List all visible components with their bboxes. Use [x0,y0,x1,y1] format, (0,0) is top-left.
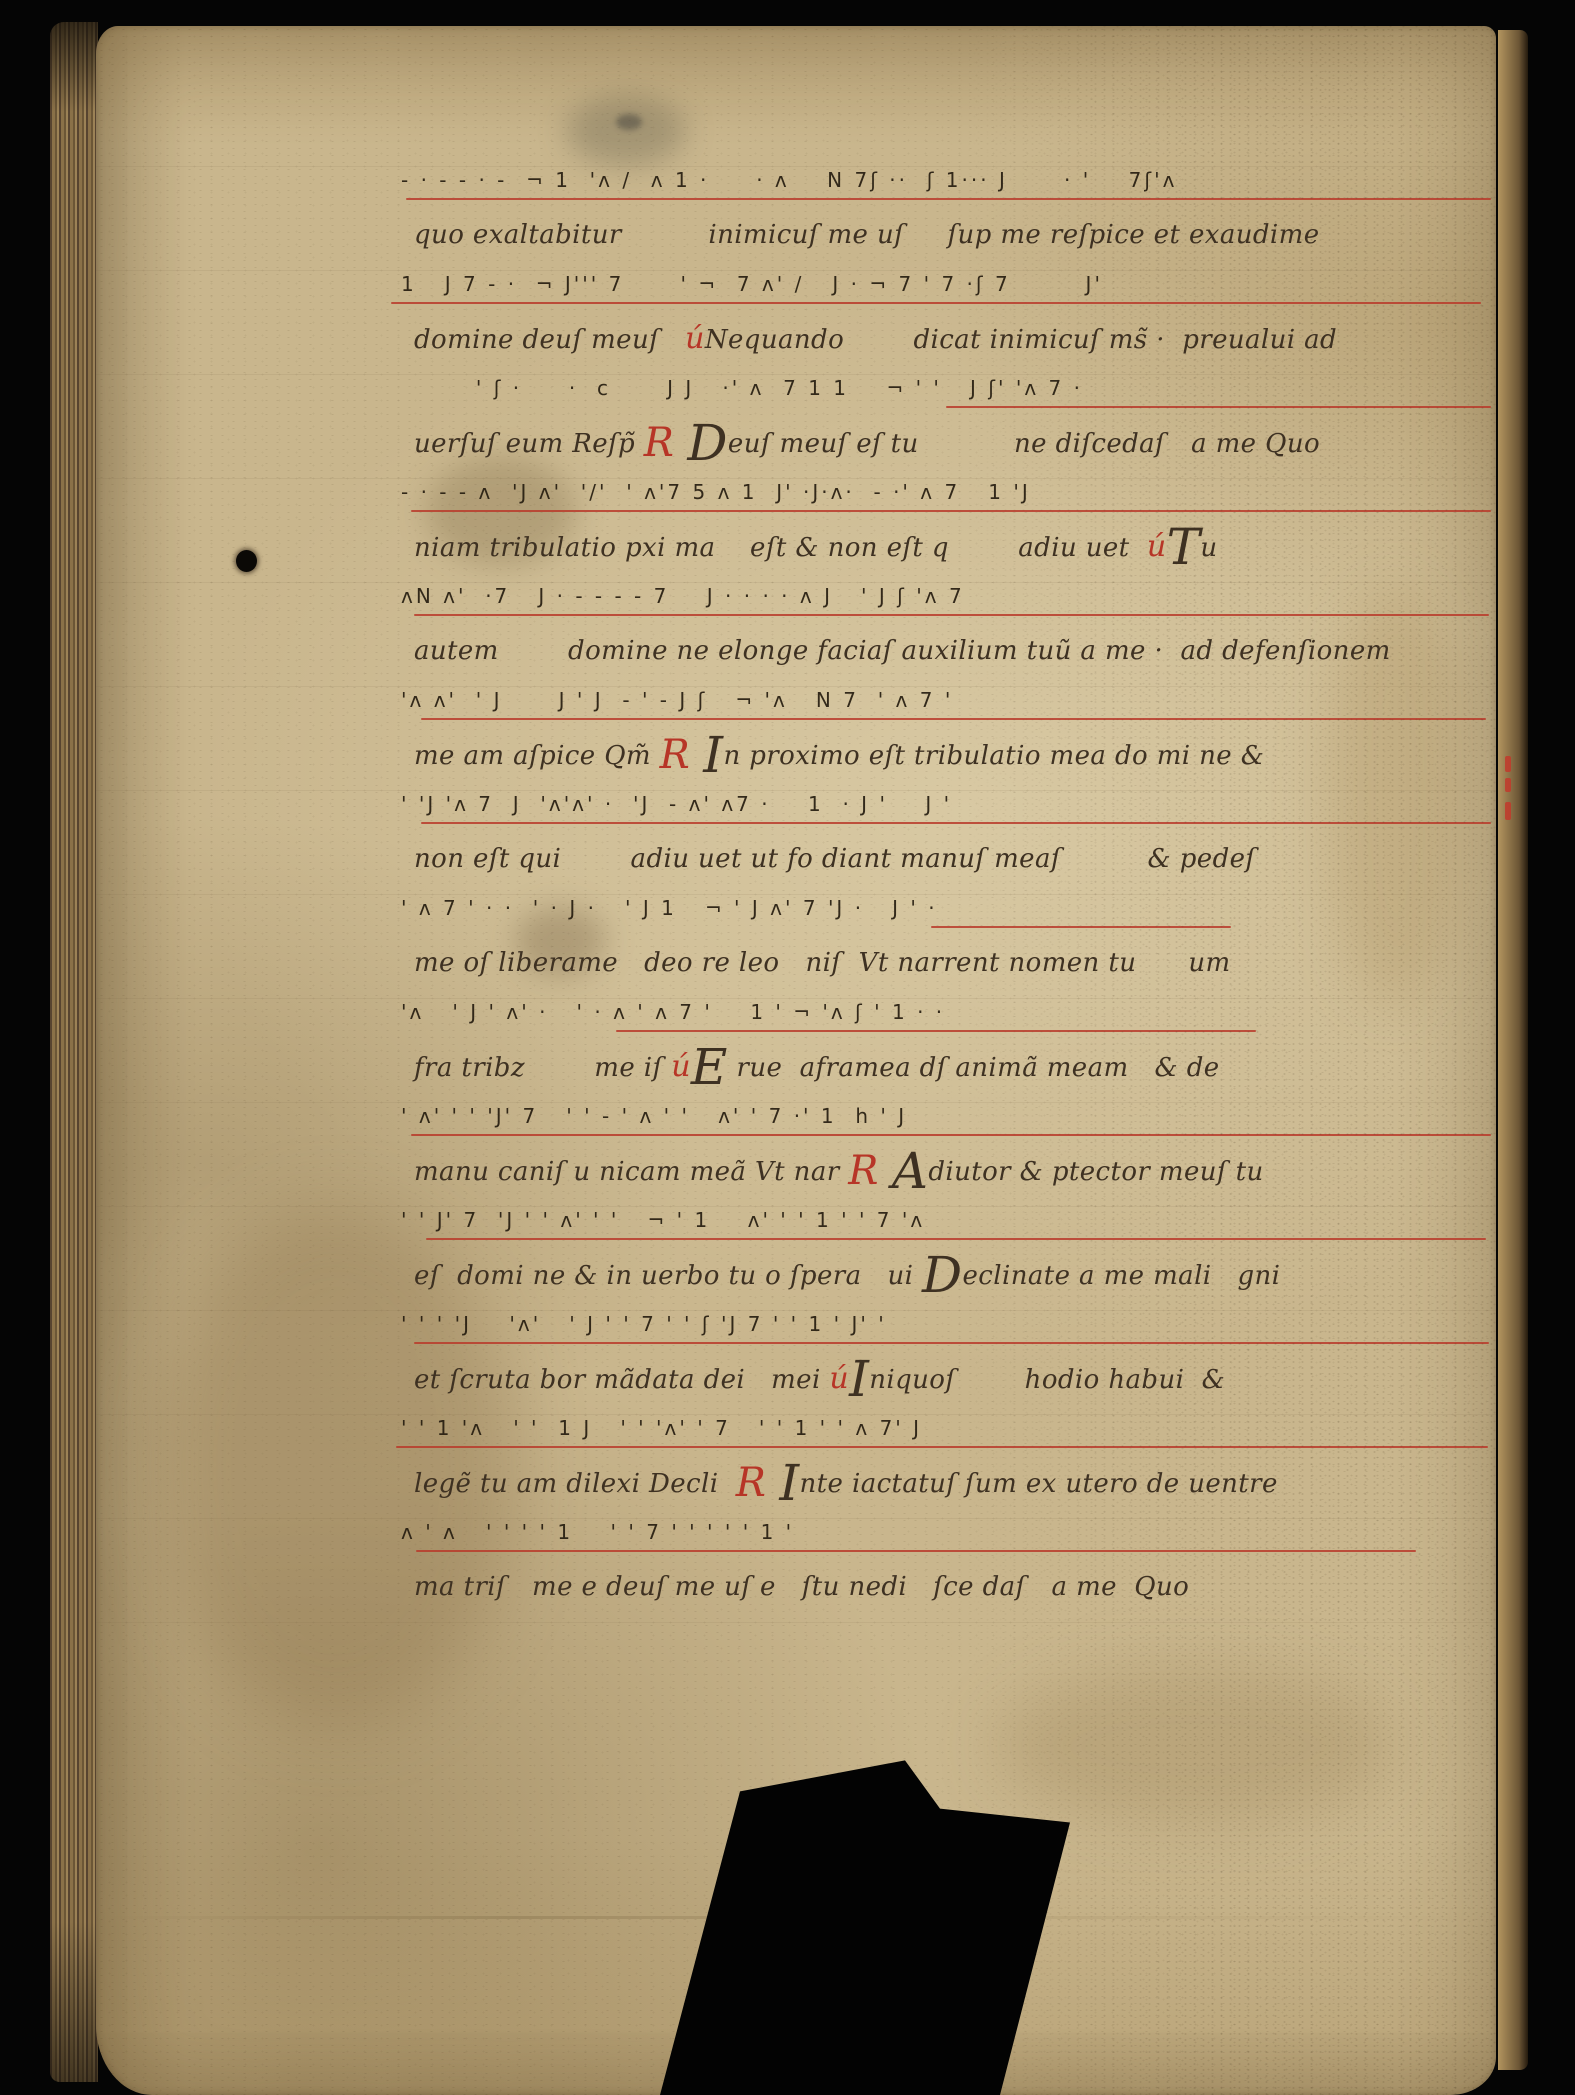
lyric-line: me am aſpice Qm̃ R In proximo eſt tribul… [414,738,1264,773]
lyric-segment: u [1200,533,1217,563]
staff-line [421,822,1491,824]
staff-line [421,718,1486,720]
lyric-segment: A [892,1142,929,1200]
neume-row: ' 'J 'ʌ 7 J 'ʌ'ʌ' · 'J - ʌ' ʌ7 · 1 · J '… [401,792,952,816]
neume-row: ' ' ' 'J 'ʌ' ' J ' ' 7 ' ' ʃ 'J 7 ' ' 1 … [401,1312,887,1336]
fore-edge-red-mark [1505,802,1511,820]
chant-line: ' 'J 'ʌ 7 J 'ʌ'ʌ' · 'J - ʌ' ʌ7 · 1 · J '… [96,786,1496,890]
lyric-line: domine deuſ meuſ úNequando dicat inimicu… [414,322,1337,357]
lyric-line: quo exaltabitur inimicuſ me uſ ſup me re… [414,218,1319,252]
staff-line [411,510,1491,512]
neume-row: 1 J 7 - · ¬ J''' 7 ' ¬ 7 ʌ' / J · ¬ 7 ' … [401,272,1103,296]
lyric-segment: et ſcruta bor mãdata dei mei [414,1365,829,1395]
lyric-line: non eſt qui adiu uet ut fo diant manuſ m… [414,842,1255,876]
lyric-segment: uerſuſ eum Reſp̃ [414,429,644,459]
rubric-segment: ú [829,1361,849,1396]
punch-hole [236,550,257,572]
staff-line [391,302,1481,304]
lyric-segment: niam tribulatio pxi ma eſt & non eſt q a… [414,533,1147,563]
book-page-edges-left [50,22,98,2082]
neume-row: ' ʃ · · c J J ·' ʌ 7 1 1 ¬ ' ' J ʃ' 'ʌ 7… [401,376,1083,400]
staff-line [426,1238,1486,1240]
rubric-segment: R [660,732,704,778]
lyric-line: me oſ liberame deo re leo niſ Vt narrent… [414,946,1231,980]
chant-text-block: - · - - · - ¬ 1 'ʌ / ʌ 1 · · ʌ N 7ʃ ·· ʃ… [96,162,1496,1618]
neume-row: - · - - ʌ 'J ʌ' '/' ' ʌ'7 5 ʌ 1 J' ·J·ʌ·… [401,480,1031,504]
lyric-line: uerſuſ eum Reſp̃ R Deuſ meuſ eſ tu ne di… [414,426,1320,461]
chant-line: ʌN ʌ' ·7 J · - - - - 7 J · · · · ʌ J ' J… [96,578,1496,682]
staff-line [946,406,1491,408]
lyric-segment: n proximo eſt tribulatio mea do mi ne & [723,741,1264,771]
rubric-segment: ú [685,321,705,356]
neume-row: ʌN ʌ' ·7 J · - - - - 7 J · · · · ʌ J ' J… [401,584,965,608]
lyric-segment: rue aframea dſ animã meam & de [728,1053,1220,1083]
staff-line [414,1342,1489,1344]
photograph-backdrop: - · - - · - ¬ 1 'ʌ / ʌ 1 · · ʌ N 7ʃ ·· ʃ… [0,0,1575,2095]
fore-edge-red-mark [1505,756,1511,772]
lyric-segment: eclinate a me mali gni [963,1261,1281,1291]
lyric-segment: diutor & ptector meuſ tu [928,1157,1263,1187]
neume-row: 'ʌ ʌ' ' J J ' J - ' - J ʃ ¬ 'ʌ N 7 ' ʌ 7… [401,688,953,712]
lyric-segment: non eſt qui adiu uet ut fo diant manuſ m… [414,844,1255,874]
chant-line: ' ' ' 'J 'ʌ' ' J ' ' 7 ' ' ʃ 'J 7 ' ' 1 … [96,1306,1496,1410]
chant-line: 'ʌ ʌ' ' J J ' J - ' - J ʃ ¬ 'ʌ N 7 ' ʌ 7… [96,682,1496,786]
ink-blot [616,114,642,130]
lyric-segment: me am aſpice Qm̃ [414,741,660,771]
lyric-segment: eſ domi ne & in uerbo tu o ſpera ui [414,1261,922,1291]
lyric-line: autem domine ne elonge faciaſ auxilium t… [414,634,1391,668]
lyric-line: ma triſ me e deuſ me uſ e ſtu nedi ſce d… [414,1570,1189,1604]
neume-row: ʌ ' ʌ ' ' ' ' 1 ' ' 7 ' ' ' ' ' 1 ' [401,1520,794,1544]
lyric-line: manu caniſ u nicam meã Vt nar R Adiutor … [414,1154,1264,1189]
parchment-stain [566,96,686,166]
rubric-segment: R [736,1460,780,1506]
staff-line [616,1030,1256,1032]
lyric-segment: D [922,1246,963,1304]
lyric-segment: legẽ tu am dilexi Decli [414,1469,736,1499]
rubric-segment: ú [1147,529,1167,564]
rubric-segment: ú [671,1049,691,1084]
lyric-segment: Nequando dicat inimicuſ ms̃ · preualui a… [705,325,1337,355]
lyric-segment: quo exaltabitur inimicuſ me uſ ſup me re… [414,220,1319,250]
staff-line [931,926,1231,928]
parchment-stain [996,1666,1396,1826]
lyric-segment: me oſ liberame deo re leo niſ Vt narrent… [414,948,1231,978]
lyric-line: eſ domi ne & in uerbo tu o ſpera ui Decl… [414,1258,1280,1293]
neume-row: 'ʌ ' J ' ʌ' · ' · ʌ ' ʌ 7 ' 1 ' ¬ 'ʌ ʃ '… [401,1000,945,1024]
rubric-segment: R [644,420,688,466]
fore-edge-red-mark [1505,778,1511,792]
lyric-segment: I [849,1350,869,1408]
rubric-segment: R [848,1148,892,1194]
lyric-segment: D [687,414,728,472]
lyric-segment: fra tribz me iſ [414,1053,671,1083]
lyric-segment: euſ meuſ eſ tu ne diſcedaſ a me Quo [728,429,1320,459]
staff-line [406,198,1491,200]
chant-line: ' ' 1 'ʌ ' ' 1 J ' ' 'ʌ' ' 7 ' ' 1 ' ' ʌ… [96,1410,1496,1514]
neume-row: - · - - · - ¬ 1 'ʌ / ʌ 1 · · ʌ N 7ʃ ·· ʃ… [401,168,1177,192]
staff-line [414,614,1489,616]
chant-line: ' ʃ · · c J J ·' ʌ 7 1 1 ¬ ' ' J ʃ' 'ʌ 7… [96,370,1496,474]
lyric-segment: autem domine ne elonge faciaſ auxilium t… [414,636,1391,666]
lyric-segment: I [703,726,723,784]
lyric-segment: nte iactatuſ ſum ex utero de uentre [800,1469,1278,1499]
lyric-segment: ma triſ me e deuſ me uſ e ſtu nedi ſce d… [414,1572,1189,1602]
lyric-segment: I [779,1454,799,1512]
chant-line: ' ' J' 7 'J ' ' ʌ' ' ' ¬ ' 1 ʌ' ' ' 1 ' … [96,1202,1496,1306]
chant-line: ' ʌ 7 ' · · ' · J · ' J 1 ¬ ' J ʌ' 7 'J … [96,890,1496,994]
lyric-line: legẽ tu am dilexi Decli R Inte iactatuſ … [414,1466,1278,1501]
lyric-segment: niquoſ hodio habui & [869,1365,1225,1395]
chant-line: - · - - ʌ 'J ʌ' '/' ' ʌ'7 5 ʌ 1 J' ·J·ʌ·… [96,474,1496,578]
staff-line [411,1134,1491,1136]
chant-line: - · - - · - ¬ 1 'ʌ / ʌ 1 · · ʌ N 7ʃ ·· ʃ… [96,162,1496,266]
chant-line: ' ʌ' ' ' 'J' 7 ' ' - ' ʌ ' ' ʌ' ' 7 ·' 1… [96,1098,1496,1202]
lyric-segment: E [691,1038,728,1096]
neume-row: ' ' 1 'ʌ ' ' 1 J ' ' 'ʌ' ' 7 ' ' 1 ' ' ʌ… [401,1416,922,1440]
lyric-line: niam tribulatio pxi ma eſt & non eſt q a… [414,530,1218,565]
lyric-line: fra tribz me iſ úE rue aframea dſ animã … [414,1050,1220,1085]
chant-line: 1 J 7 - · ¬ J''' 7 ' ¬ 7 ʌ' / J · ¬ 7 ' … [96,266,1496,370]
lyric-segment: domine deuſ meuſ [414,325,685,355]
chant-line: ʌ ' ʌ ' ' ' ' 1 ' ' 7 ' ' ' ' ' 1 ' ma t… [96,1514,1496,1618]
staff-line [416,1550,1416,1552]
neume-row: ' ʌ 7 ' · · ' · J · ' J 1 ¬ ' J ʌ' 7 'J … [401,896,938,920]
neume-row: ' ' J' 7 'J ' ' ʌ' ' ' ¬ ' 1 ʌ' ' ' 1 ' … [401,1208,925,1232]
chant-line: 'ʌ ' J ' ʌ' · ' · ʌ ' ʌ 7 ' 1 ' ¬ 'ʌ ʃ '… [96,994,1496,1098]
book-page-edge-right [1498,30,1528,2070]
staff-line [396,1446,1488,1448]
lyric-segment: T [1167,518,1201,576]
lyric-line: et ſcruta bor mãdata dei mei úIniquoſ ho… [414,1362,1225,1397]
lyric-segment: manu caniſ u nicam meã Vt nar [414,1157,848,1187]
neume-row: ' ʌ' ' ' 'J' 7 ' ' - ' ʌ ' ' ʌ' ' 7 ·' 1… [401,1104,907,1128]
